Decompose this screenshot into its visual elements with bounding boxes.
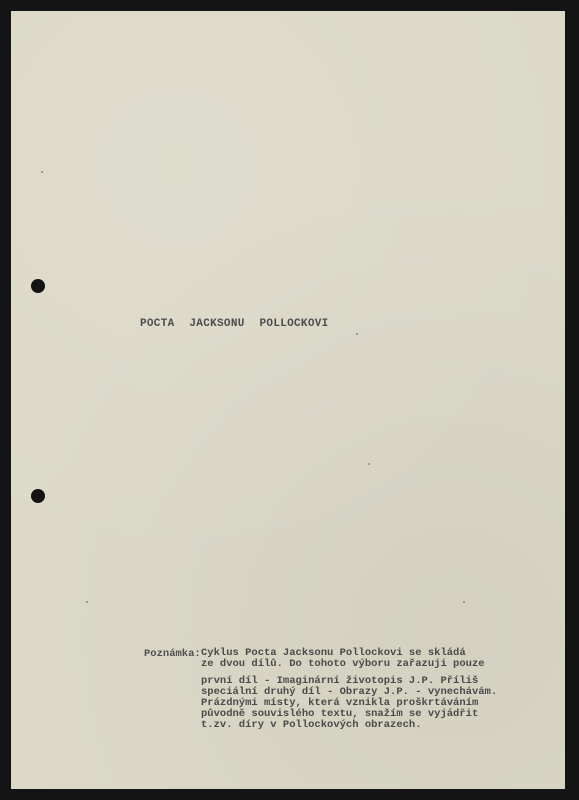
punch-hole (31, 279, 45, 293)
note-text: Cyklus Pocta Jacksonu Pollockovi se sklá… (201, 648, 551, 731)
paper-speck (86, 601, 88, 603)
punch-hole (31, 489, 45, 503)
note-label: Poznámka: (144, 648, 201, 660)
paper-speck (463, 601, 465, 603)
document-title: POCTA JACKSONU POLLOCKOVI (140, 318, 329, 330)
note-line: t.zv. díry v Pollockových obrazech. (201, 720, 551, 731)
note-line: ze dvou dílů. Do tohoto výboru zařazuji … (201, 659, 551, 670)
paper-speck (41, 171, 43, 173)
document-page: POCTA JACKSONU POLLOCKOVI Poznámka: Cykl… (11, 11, 565, 789)
paper-speck (368, 463, 370, 465)
paper-speck (356, 333, 358, 335)
